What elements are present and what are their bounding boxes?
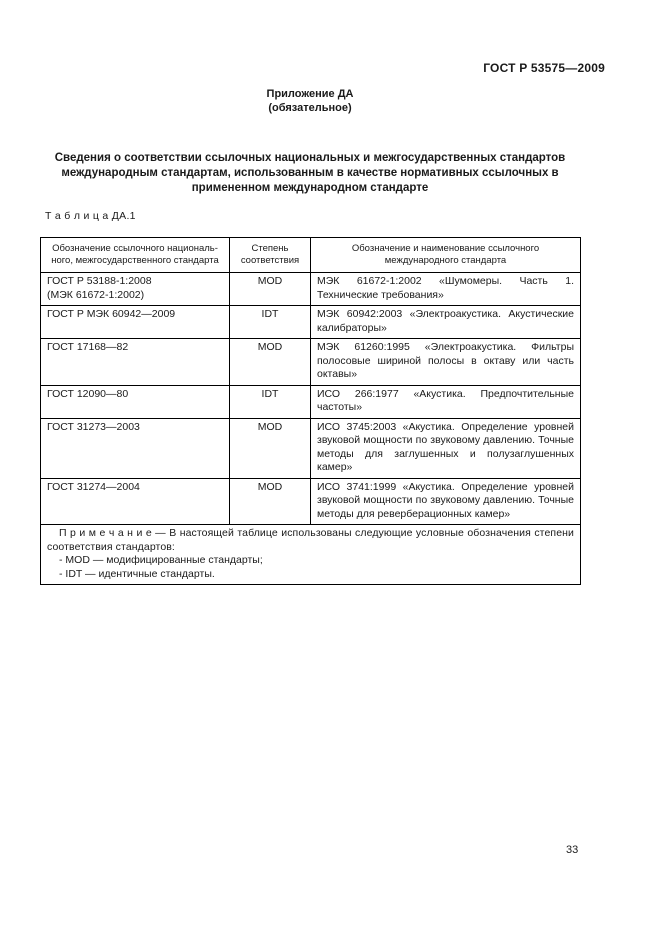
table-caption: Т а б л и ц а ДА.1: [45, 210, 136, 222]
document-page: ГОСТ Р 53575—2009 Приложение ДА (обязате…: [0, 0, 661, 935]
annex-block: Приложение ДА (обязательное): [40, 87, 580, 115]
col-header-national-standard: Обозначение ссылочного националь­ного, м…: [41, 238, 230, 273]
national-standard-cell: ГОСТ Р МЭК 60942—2009: [41, 306, 230, 339]
table-row: ГОСТ 12090—80IDTИСО 266:1977 «Акустика. …: [41, 385, 581, 418]
standards-correspondence-table: Обозначение ссылочного националь­ного, м…: [40, 237, 581, 585]
table-header-row: Обозначение ссылочного националь­ного, м…: [41, 238, 581, 273]
table-header: Обозначение ссылочного националь­ного, м…: [41, 238, 581, 273]
table-row: ГОСТ 17168—82MODМЭК 61260:1995 «Электроа…: [41, 339, 581, 386]
note-row: П р и м е ч а н и е — В настоящей таблиц…: [41, 525, 581, 585]
note-text: П р и м е ч а н и е — В настоящей таблиц…: [47, 527, 574, 554]
col-header-degree: Степень соответствия: [230, 238, 311, 273]
degree-cell: MOD: [230, 418, 311, 478]
table-row: ГОСТ Р МЭК 60942—2009IDTМЭК 60942:2003 «…: [41, 306, 581, 339]
national-standard-cell: ГОСТ 31274—2004: [41, 478, 230, 525]
degree-cell: IDT: [230, 306, 311, 339]
page-number: 33: [566, 844, 578, 856]
international-standard-cell: ИСО 3745:2003 «Акустика. Определение уро…: [311, 418, 581, 478]
national-standard-cell: ГОСТ Р 53188-1:2008 (МЭК 61672-1:2002): [41, 273, 230, 306]
col-header-international-standard: Обозначение и наименование ссылочного ме…: [311, 238, 581, 273]
table-footer: П р и м е ч а н и е — В настоящей таблиц…: [41, 525, 581, 585]
degree-cell: MOD: [230, 273, 311, 306]
table-row: ГОСТ 31273—2003MODИСО 3745:2003 «Акустик…: [41, 418, 581, 478]
national-standard-cell: ГОСТ 12090—80: [41, 385, 230, 418]
degree-cell: MOD: [230, 339, 311, 386]
international-standard-cell: ИСО 266:1977 «Акустика. Предпочтительные…: [311, 385, 581, 418]
section-title: Сведения о соответствии ссылочных национ…: [28, 151, 592, 196]
degree-cell: IDT: [230, 385, 311, 418]
table-row: ГОСТ 31274—2004MODИСО 3741:1999 «Акустик…: [41, 478, 581, 525]
table-body: ГОСТ Р 53188-1:2008 (МЭК 61672-1:2002)MO…: [41, 273, 581, 525]
international-standard-cell: ИСО 3741:1999 «Акустика. Определение уро…: [311, 478, 581, 525]
annex-subtitle: (обязательное): [40, 101, 580, 115]
international-standard-cell: МЭК 61672-1:2002 «Шумомеры. Часть 1. Тех…: [311, 273, 581, 306]
national-standard-cell: ГОСТ 31273—2003: [41, 418, 230, 478]
annex-title: Приложение ДА: [40, 87, 580, 101]
doc-number: ГОСТ Р 53575—2009: [483, 61, 605, 75]
degree-cell: MOD: [230, 478, 311, 525]
note-item-mod: - MOD — модифицированные стандарты;: [47, 554, 574, 568]
national-standard-cell: ГОСТ 17168—82: [41, 339, 230, 386]
table-note: П р и м е ч а н и е — В настоящей таблиц…: [41, 525, 581, 585]
note-item-idt: - IDT — идентичные стандарты.: [47, 568, 574, 582]
international-standard-cell: МЭК 61260:1995 «Электроакустика. Фильтры…: [311, 339, 581, 386]
table-row: ГОСТ Р 53188-1:2008 (МЭК 61672-1:2002)MO…: [41, 273, 581, 306]
international-standard-cell: МЭК 60942:2003 «Электроакустика. Акустич…: [311, 306, 581, 339]
